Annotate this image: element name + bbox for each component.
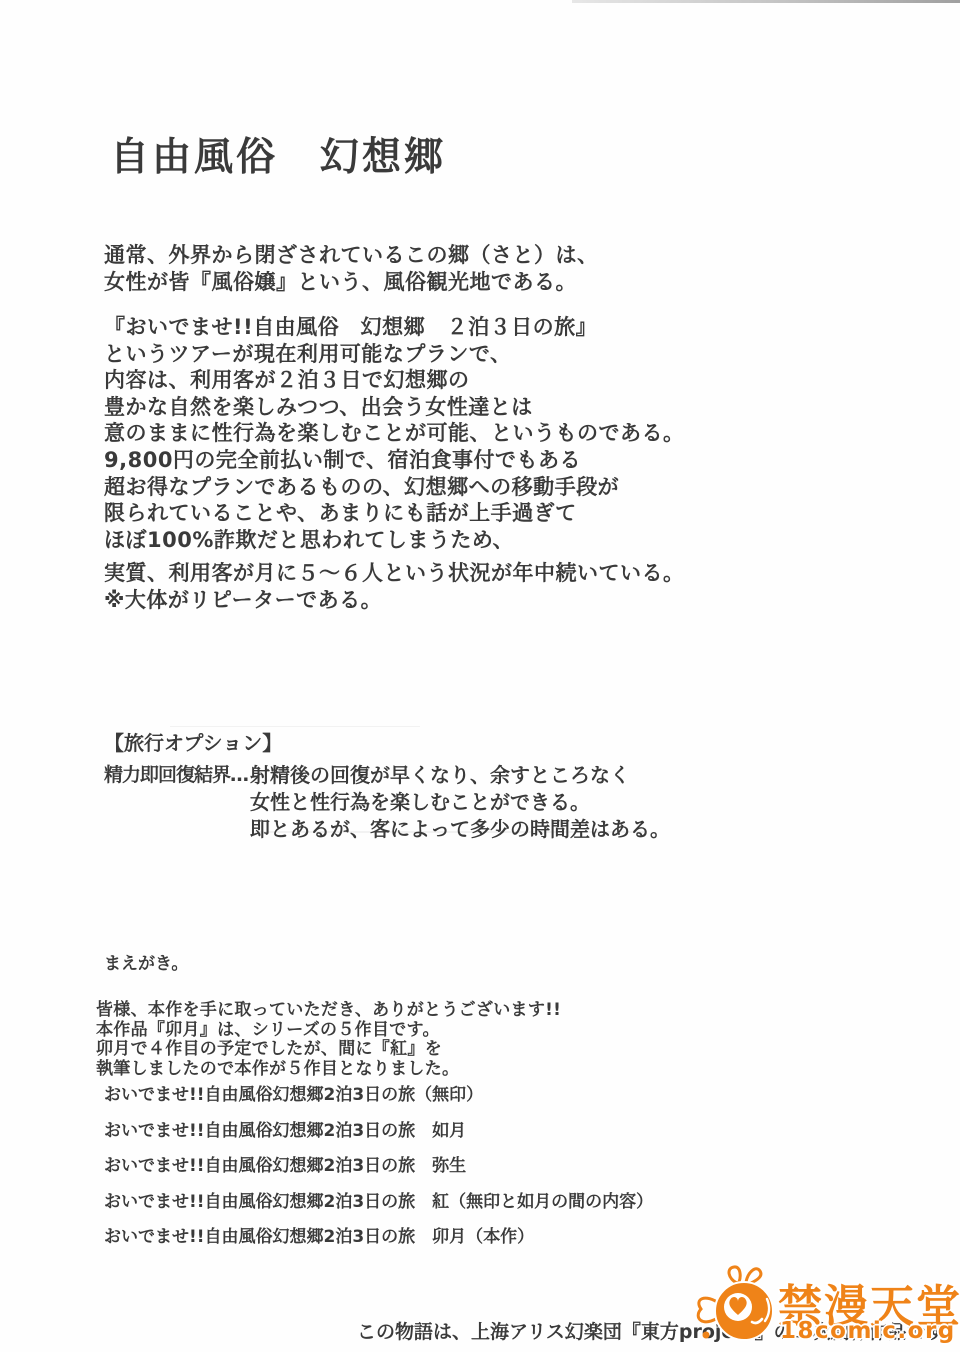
tour-paragraph: 『おいでませ!!自由風俗 幻想郷 ２泊３日の旅』 というツアーが現在利用可能なプ…: [104, 314, 685, 447]
options-heading: 【旅行オプション】: [104, 727, 282, 756]
series-item: おいでませ!!自由風俗幻想郷2泊3日の旅（無印）: [104, 1086, 653, 1104]
jm-mascot-icon: [692, 1264, 784, 1352]
series-item: おいでませ!!自由風俗幻想郷2泊3日の旅 如月: [104, 1122, 653, 1140]
series-item: おいでませ!!自由風俗幻想郷2泊3日の旅 卯月（本作）: [104, 1228, 653, 1246]
page-title: 自由風俗 幻想郷: [110, 126, 446, 182]
intro-paragraph: 通常、外界から閉ざされているこの郷（さと）は、 女性が皆『風俗嬢』という、風俗観…: [104, 242, 599, 295]
series-list: おいでませ!!自由風俗幻想郷2泊3日の旅（無印） おいでませ!!自由風俗幻想郷2…: [104, 1086, 653, 1264]
watermark-site-url: 18comic.org: [780, 1318, 956, 1344]
status-paragraph: 実質、利用客が月に５～６人という状況が年中続いている。 ※大体がリピーターである…: [104, 560, 685, 613]
series-item: おいでませ!!自由風俗幻想郷2泊3日の旅 弥生: [104, 1157, 653, 1175]
option-item: 精力即回復結界… 射精後の回復が早くなり、余すところなく 女性と性行為を楽しむこ…: [104, 762, 670, 843]
option-label: 精力即回復結界…: [104, 762, 248, 789]
scan-artifact-top-edge: [572, 0, 960, 3]
option-description: 射精後の回復が早くなり、余すところなく 女性と性行為を楽しむことができる。 即と…: [250, 762, 670, 843]
watermark: 禁漫天堂 18comic.org: [692, 1262, 960, 1352]
scanned-document-page: 自由風俗 幻想郷 通常、外界から閉ざされているこの郷（さと）は、 女性が皆『風俗…: [0, 0, 960, 1352]
price-paragraph: 9,800円の完全前払い制で、宿泊食事付でもある 超お得なプランであるものの、幻…: [104, 447, 619, 553]
series-item: おいでませ!!自由風俗幻想郷2泊3日の旅 紅（無印と如月の間の内容）: [104, 1193, 653, 1211]
preface-paragraph: 皆様、本作を手に取っていただき、ありがとうございます!! 本作品『卯月』は、シリ…: [96, 1001, 561, 1079]
preface-heading: まえがき。: [104, 949, 188, 974]
